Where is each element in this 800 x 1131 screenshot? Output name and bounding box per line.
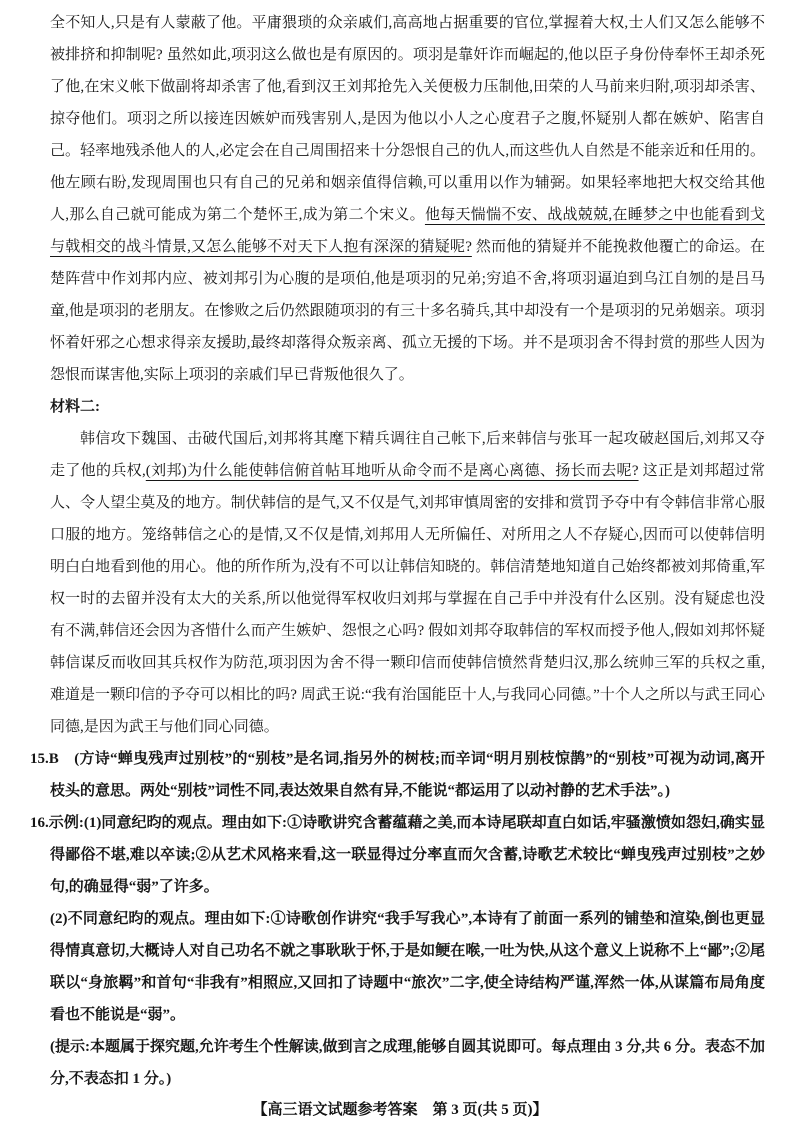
material1-text-pre: 全不知人,只是有人蒙蔽了他。平庸猥琐的众亲戚们,高高地占据重要的官位,掌握着大权… [50,15,765,223]
answer-item-16-scoring-note: (提示:本题属于探究题,允许考生个性解读,做到言之成理,能够自圆其说即可。每点理… [50,1031,765,1095]
answer-item-15: 15.B (方诗“蝉曳残声过别枝”的“别枝”是名词,指另外的树枝;而辛词“明月别… [50,743,765,807]
material1-translation-paragraph: 全不知人,只是有人蒙蔽了他。平庸猥琐的众亲戚们,高高地占据重要的官位,掌握着大权… [50,7,765,391]
material2-translation-paragraph: 韩信攻下魏国、击破代国后,刘邦将其麾下精兵调往自己帐下,后来韩信与张耳一起攻破赵… [50,423,765,743]
page-footer: 【高三语文试题参考答案 第 3 页(共 5 页)】 [0,1098,800,1119]
answer-item-16-part1: 16.示例:(1)同意纪昀的观点。理由如下:①诗歌讲究含蓄蕴藉之美,而本诗尾联却… [50,807,765,903]
answer-item-16-part2: (2)不同意纪昀的观点。理由如下:①诗歌创作讲究“我手写我心”,本诗有了前面一系… [50,903,765,1031]
material2-text-post: 这正是刘邦超过常人、令人望尘莫及的地方。制伏韩信的是气,又不仅是气,刘邦审慎周密… [50,463,765,735]
answer-sheet-page: 全不知人,只是有人蒙蔽了他。平庸猥琐的众亲戚们,高高地占据重要的官位,掌握着大权… [0,0,800,1131]
material2-underlined-passage: (刘邦)为什么能使韩信俯首帖耳地听从命令而不是离心离德、扬长而去呢? [146,463,639,479]
material1-text-post: 然而他的猜疑并不能挽救他覆亡的命运。在楚阵营中作刘邦内应、被刘邦引为心腹的是项伯… [50,239,765,383]
material2-heading: 材料二: [50,391,765,423]
